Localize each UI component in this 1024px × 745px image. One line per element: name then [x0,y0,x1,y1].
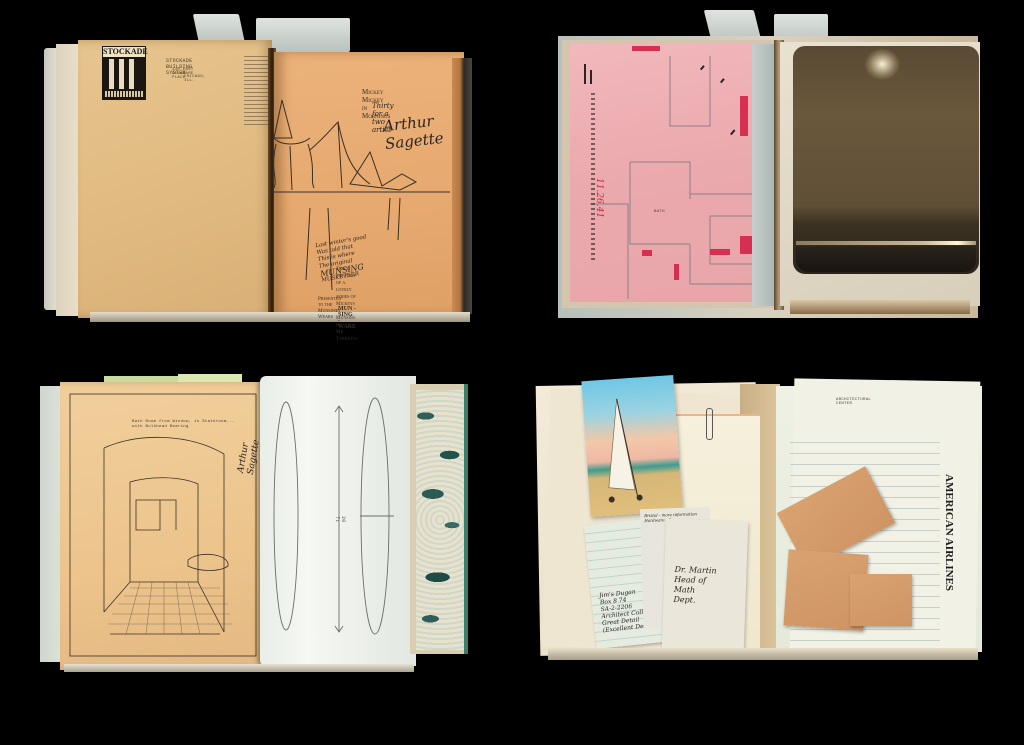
page-edges [90,312,470,322]
airline-brand: AMERICAN AIRLINES [943,474,955,591]
floor-plan-drawing [570,44,770,302]
dimension-label: 20 ft [334,516,346,523]
marbled-endpaper [416,390,464,650]
night-photograph [793,46,979,274]
sailboat-illustration [581,375,682,517]
page-edges [752,44,776,306]
page-edges [452,58,472,314]
stockade-logo: STOCKADE [102,46,146,100]
letterhead-sidebar-text [244,56,268,126]
letterhead-city: CHICAGO, ILL. [184,75,206,83]
paperclip-icon [706,408,713,440]
ledger-letterhead: ARCHITECTURAL CENTER [836,398,871,406]
sailboat-postcard [581,375,682,517]
photo-water [796,246,976,272]
perspective-drawing [60,382,266,670]
plan-label-bath: BATH [654,210,665,214]
receipt-stub [850,574,912,626]
page-edges [548,648,978,660]
page-edges [790,300,970,314]
footer-brand: MUN - SING - WARE [338,306,356,330]
plan-date-note: 11.26.41 [594,178,604,218]
page-edges [64,664,414,672]
handwritten-note: Dr. MartinHead ofMathDept. [662,519,748,652]
photo-horizon [796,241,976,245]
